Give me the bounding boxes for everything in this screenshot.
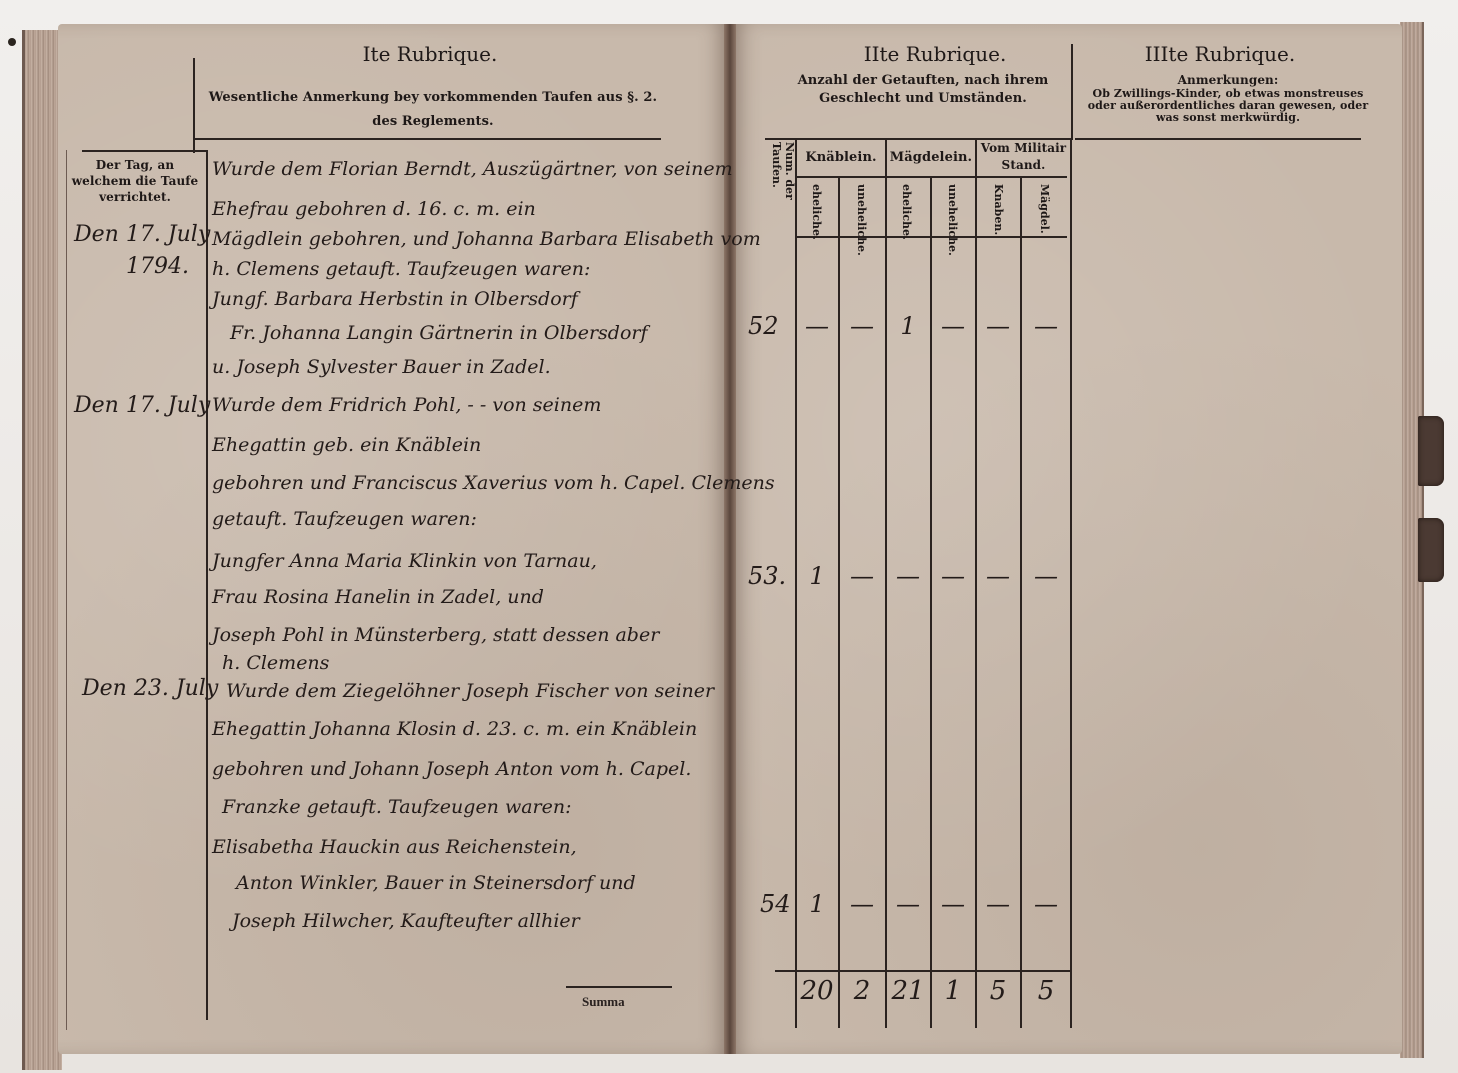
subheader: Mägdel. xyxy=(1038,184,1051,234)
date-column-header: Der Tag, an welchem die Taufe verrichtet… xyxy=(70,157,200,205)
entry-line: Ehegattin Johanna Klosin d. 23. c. m. ei… xyxy=(212,718,697,740)
row-cell: — xyxy=(933,312,973,340)
entry-line: Mägdlein gebohren, und Johanna Barbara E… xyxy=(212,228,761,250)
rubric-3-underline xyxy=(1075,138,1361,140)
row-cell: — xyxy=(1026,562,1066,590)
date-column-divider xyxy=(206,150,208,1020)
entry-line: Joseph Pohl in Münsterberg, statt dessen… xyxy=(212,624,659,646)
rubric-3-subtitle: Anmerkungen: Ob Zwillings-Kinder, ob etw… xyxy=(1078,74,1378,124)
row-cell: — xyxy=(978,562,1018,590)
total-cell: 2 xyxy=(842,976,882,1006)
rubric-2-subtitle: Anzahl der Getauften, nach ihrem Geschle… xyxy=(768,72,1078,108)
row-cell: — xyxy=(1026,312,1066,340)
row-cell: — xyxy=(888,890,928,918)
leather-tab-bottom xyxy=(1418,518,1444,582)
group-militair: Vom Militair Stand. xyxy=(977,140,1070,174)
rubric-1-subtitle: Wesentliche Anmerkung bey vorkommenden T… xyxy=(208,86,658,134)
entry-line: Anton Winkler, Bauer in Steinersdorf und xyxy=(236,872,636,894)
row-cell: 1 xyxy=(797,562,837,590)
total-cell: 5 xyxy=(1026,976,1066,1006)
entry-line: u. Joseph Sylvester Bauer in Zadel. xyxy=(212,356,551,378)
scanned-book-spread: Ite Rubrique. Wesentliche Anmerkung bey … xyxy=(0,0,1458,1073)
date-header-topline xyxy=(82,150,206,152)
subheader: eheliche. xyxy=(900,184,913,240)
entry-line: gebohren und Franciscus Xaverius vom h. … xyxy=(212,472,775,494)
entry-line: Wurde dem Ziegelöhner Joseph Fischer von… xyxy=(226,680,714,702)
entry-line: Joseph Hilwcher, Kaufteufter allhier xyxy=(232,910,580,932)
rubric-1-subtitle-line2: des Reglements. xyxy=(208,110,658,134)
entry-line: h. Clemens xyxy=(222,652,329,674)
leather-tab-top xyxy=(1418,416,1444,486)
col-line xyxy=(975,138,977,1028)
num-column-header: Num. der Taufen. xyxy=(770,142,796,242)
binding-pin xyxy=(8,38,16,46)
row-cell: 1 xyxy=(888,312,928,340)
entry-line: Frau Rosina Hanelin in Zadel, und xyxy=(212,586,544,608)
rubric-2-title: IIte Rubrique. xyxy=(810,42,1060,66)
row-cell: — xyxy=(842,562,882,590)
entry-line: Franzke getauft. Taufzeugen waren: xyxy=(222,796,572,818)
entry-line: Jungfer Anna Maria Klinkin von Tarnau, xyxy=(212,550,597,572)
row-cell: — xyxy=(978,890,1018,918)
entry-line: getauft. Taufzeugen waren: xyxy=(212,508,477,530)
group-maegdelein: Mägdelein. xyxy=(887,150,975,165)
row-number: 53. xyxy=(748,562,786,590)
entry-line: Fr. Johanna Langin Gärtnerin in Olbersdo… xyxy=(230,322,648,344)
entry-line: Elisabetha Hauckin aus Reichenstein, xyxy=(212,836,577,858)
col-line xyxy=(930,176,932,1028)
col-line xyxy=(1020,176,1022,1028)
total-cell: 21 xyxy=(888,976,928,1006)
col-line xyxy=(1070,138,1072,1028)
subheader: Knaben. xyxy=(992,184,1005,235)
entry-line: h. Clemens getauft. Taufzeugen waren: xyxy=(212,258,590,280)
row-cell: — xyxy=(797,312,837,340)
entry-line: gebohren und Johann Joseph Anton vom h. … xyxy=(212,758,691,780)
entry-line: Ehefrau gebohren d. 16. c. m. ein xyxy=(212,198,536,220)
row-cell: — xyxy=(933,890,973,918)
entry-line: Wurde dem Florian Berndt, Auszügärtner, … xyxy=(212,158,733,180)
row-cell: — xyxy=(933,562,973,590)
row-cell: — xyxy=(888,562,928,590)
row-number: 54 xyxy=(760,890,791,918)
row-cell: — xyxy=(842,312,882,340)
total-cell: 5 xyxy=(978,976,1018,1006)
col-line xyxy=(885,138,887,1028)
summa-label: Summa xyxy=(582,994,625,1010)
row-cell: — xyxy=(1026,890,1066,918)
row-cell: 1 xyxy=(797,890,837,918)
summa-rule xyxy=(566,986,672,988)
total-cell: 20 xyxy=(797,976,837,1006)
row-cell: — xyxy=(842,890,882,918)
subheader: uneheliche. xyxy=(946,184,959,256)
entry-line: Jungf. Barbara Herbstin in Olbersdorf xyxy=(212,288,578,310)
subheader: eheliche. xyxy=(810,184,823,240)
left-margin-line xyxy=(66,150,67,1030)
totals-rule xyxy=(775,970,1071,972)
date-1: Den 17. July xyxy=(74,222,210,247)
left-page-stack xyxy=(22,30,62,1070)
rubric-divider xyxy=(1071,44,1073,139)
entry-line: Wurde dem Fridrich Pohl, - - von seinem xyxy=(212,394,601,416)
group-knaeblein: Knäblein. xyxy=(797,150,885,165)
rubric-1-subtitle-line1: Wesentliche Anmerkung bey vorkommenden T… xyxy=(208,86,658,110)
entry-line: Ehegattin geb. ein Knäblein xyxy=(212,434,481,456)
rubric-3-body: Ob Zwillings-Kinder, ob etwas monstreuse… xyxy=(1078,88,1378,124)
col-line xyxy=(838,176,840,1028)
rubric-1-title: Ite Rubrique. xyxy=(230,42,630,66)
rubric-3-heading: Anmerkungen: xyxy=(1078,74,1378,86)
subheader: uneheliche. xyxy=(855,184,868,256)
date-2: Den 17. July xyxy=(74,393,210,418)
row-number: 52 xyxy=(748,312,779,340)
header-underline xyxy=(193,138,661,140)
date-3: Den 23. July xyxy=(82,676,218,701)
date-1-year: 1794. xyxy=(126,254,189,279)
row-cell: — xyxy=(978,312,1018,340)
total-cell: 1 xyxy=(933,976,973,1006)
rubric-3-title: IIIte Rubrique. xyxy=(1100,42,1340,66)
